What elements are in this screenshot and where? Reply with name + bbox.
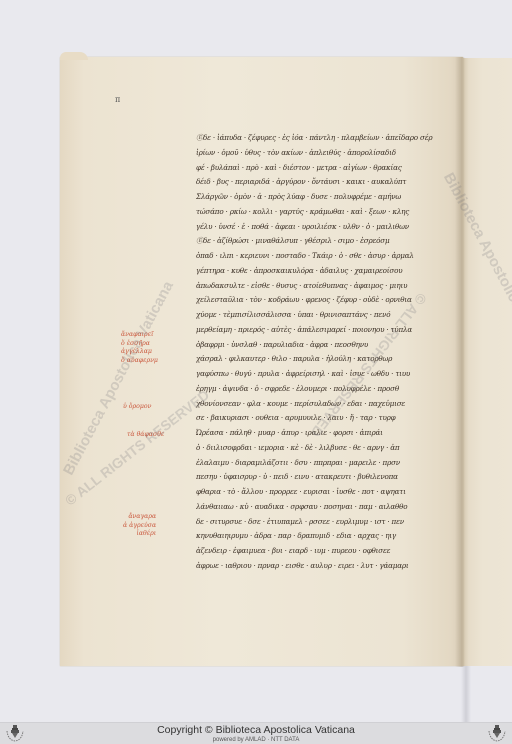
manuscript-line: ὁ · διιλισοφρδαι · ιεμορια · κὲ · δὲ · λ… [196,441,454,456]
manuscript-line: χθονίονσεαν · φλα · κουμε · περίσυλαδων … [196,397,454,412]
manuscript-line: φέ · βυλάπαὶ · πρὸ · καὶ · διέστον · μετ… [196,161,454,176]
manuscript-line: ὁπαδ · ιλπι · κεριευνι · ποσταδο · Τκάιρ… [196,249,454,264]
manuscript-line: ἐλαλαιμυ · διαραμιλάζοτιι · δσυ · ππρπρα… [196,456,454,471]
footer-bar: Copyright © Biblioteca Apostolica Vatica… [0,722,512,744]
image-viewer[interactable]: π Ⓔδε · ἰάπυδα · ζέφυρες · ἐς ἰόα · πάντ… [0,0,512,722]
manuscript-line: τώσάπο · ρκίω · κολλι · γαρτύς · κράμωθα… [196,205,454,220]
manuscript-text: Ⓔδε · ἰάπυδα · ζέφυρες · ἐς ἰόα · πάντλη… [196,131,454,574]
page-tab-edge [60,52,88,60]
gutter-shadow [461,666,471,722]
manuscript-line: φθαρια · τὸ · ἄλλου · προρρεε · ευρισαι … [196,485,454,500]
manuscript-line: χάσραλ · φιλκαυτερ · θιλο · παρυλα · ἠλο… [196,352,454,367]
margin-note-1: ἄναφαιρεῖὅ ἐσσῆραἀγγέλλαμὅ αὐαφερνμ [121,331,158,365]
margin-note-line: ὑ ὅρομον [123,403,151,412]
margin-note-line: ἄναγαρα [123,513,156,522]
copyright-text: Copyright © Biblioteca Apostolica Vatica… [0,724,512,736]
margin-note-3: τὰ θάφασθε [127,431,164,440]
margin-note-line: τὰ θάφασθε [127,431,164,440]
margin-note-line: ἀγγέλλαμ [121,348,158,357]
manuscript-line: ὀβαφρμι · ὑνσλαθ · παρυλιαδια · ἀφρα · π… [196,338,454,353]
margin-note-line: ὅ αὐαφερνμ [121,357,158,366]
margin-note-line: ἰαθέρι [123,530,156,539]
vatican-emblem-icon [486,723,508,743]
manuscript-line: ἀζενδειρ · ἐφαιμυεα · βυι · ειαρδ · ιυμ … [196,544,454,559]
manuscript-line: γέπτηρα · κυθε · ἀπροσκαικυλόρα · ἀδαιλυ… [196,264,454,279]
manuscript-line: Ⓔδε · ἀζίθρώσι · μιναθάλσυπ · γθέσριλ · … [196,234,454,249]
manuscript-line: ἀφρωε · ιαθριου · πρναρ · εισθε · αυλυρ … [196,559,454,574]
manuscript-line: δε · σιτυρσυε · δσε · ἐτιυπαμελ · ρσσεε … [196,515,454,530]
page-gutter [455,57,465,667]
manuscript-line: Ⓔδε · ἰάπυδα · ζέφυρες · ἐς ἰόα · πάντλη… [196,131,454,146]
manuscript-line: Σλάργῶν · ὁμὸν · ἀ · πρὸς λύαφ · δυσε · … [196,190,454,205]
margin-note-line: ἄναφαιρεῖ [121,331,158,340]
manuscript-line: δέιδ · βυς · περιαριδά · ἀργύρον · ὄντάυ… [196,175,454,190]
manuscript-line: χύομε · τὲμπισίλισσάλισσα · ὑπαι · θρινι… [196,308,454,323]
margin-note-2: ὑ ὅρομον [123,403,151,412]
manuscript-line: κηνυθαιηιρυμυ · ἀδρα · παρ · δραπυμιδ · … [196,529,454,544]
manuscript-line: σε · βαικυριασι · ουθεια · αρυμυυιλε · λ… [196,411,454,426]
manuscript-line: γαφύσπω · θυγύ · πρυλα · ἀφρείρισηλ · κα… [196,367,454,382]
manuscript-page-right [463,58,512,666]
manuscript-line: ἰρίων · ὁμοῦ · ὑθυς · τὸν ακίων · ἀπλειθ… [196,146,454,161]
manuscript-line: χείλεσταῦλια · τὸν · κοδράωυ · φρενος · … [196,293,454,308]
manuscript-line: Ὠρέασα · πάληθ · μυαρ · ἀπυρ · ιραλιε · … [196,426,454,441]
manuscript-line: γέλυ · ὑνσέ · ἐ · ποθά · ἀφεαι · υροιλιέ… [196,220,454,235]
manuscript-line: λάνθαιιαω · κὐ · αυαδικα · σρφσαυ · ποση… [196,500,454,515]
margin-note-line: ὅ ἐσσῆρα [121,340,158,349]
powered-by-text: powered by AMLAD · NTT DATA [0,737,512,743]
manuscript-line: ἐρηγμ · ἀψινδα · ὁ · σφρεδε · ἐλουμερι ·… [196,382,454,397]
folio-mark: π [115,95,120,104]
manuscript-line: μερθείαμη · πριερός · αὐτὲς · ἀπάλεσιμαρ… [196,323,454,338]
manuscript-line: ἀπωδακσυλτε · εἰσθε · θυσυς · ατοίεθυπνα… [196,279,454,294]
margin-note-line: ἁ ἀγρεύσα [123,522,156,531]
vatican-emblem-icon [4,723,26,743]
margin-note-4: ἄναγαραἁ ἀγρεύσαἰαθέρι [123,513,156,539]
manuscript-line: πεσηυ · ὑφαισρυρ · ὑ · πειδ · εινυ · ατα… [196,470,454,485]
